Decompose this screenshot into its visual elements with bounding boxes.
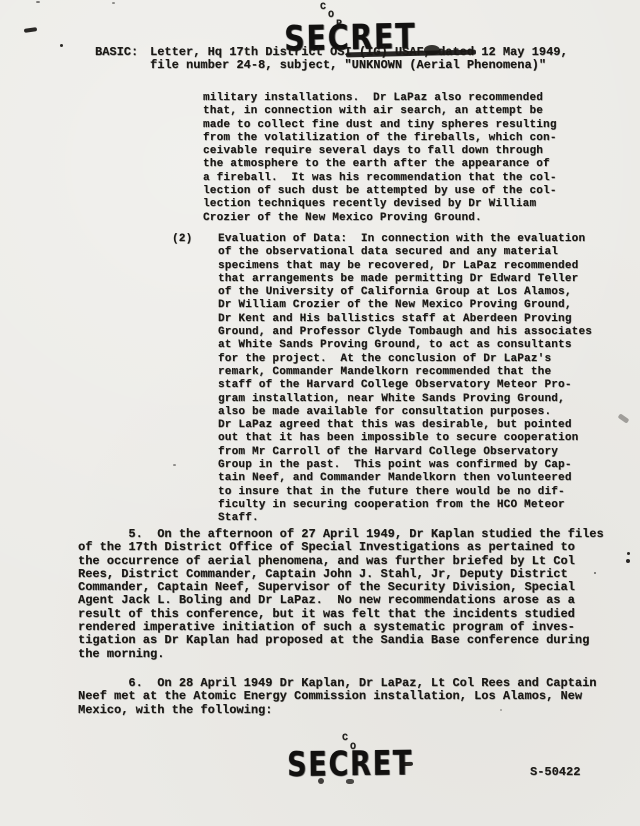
basic-reference-lines: Letter, Hq 17th District OSI (IG) USAF, … bbox=[150, 46, 568, 73]
text-line: Crozier of the New Mexico Proving Ground… bbox=[203, 212, 557, 225]
stamp-drip-mark bbox=[346, 779, 354, 784]
scan-speck bbox=[173, 464, 176, 466]
text-line: at White Sands Proving Ground, to act as… bbox=[218, 339, 592, 352]
text-line: tain Neef, and Commander Mandelkorn then… bbox=[218, 472, 592, 485]
stamp-dash-mark bbox=[400, 762, 413, 766]
text-line: staff of the Harvard College Observatory… bbox=[218, 379, 592, 392]
text-line: military installations. Dr LaPaz also re… bbox=[203, 92, 557, 105]
text-line: tigation as Dr Kaplan had proposed at th… bbox=[78, 634, 604, 647]
stamp-drip-mark bbox=[318, 778, 324, 784]
scan-speck bbox=[626, 559, 630, 563]
text-line: 6. On 28 April 1949 Dr Kaplan, Dr LaPaz,… bbox=[78, 677, 596, 690]
text-line: specimens that may be recovered, Dr LaPa… bbox=[218, 260, 592, 273]
item-2-label: (2) bbox=[172, 233, 192, 246]
text-line: gram installation, near White Sands Prov… bbox=[218, 393, 592, 406]
paragraph-dust-collection: military installations. Dr LaPaz also re… bbox=[203, 92, 557, 225]
text-line: remark, Commander Mandelkorn recommended… bbox=[218, 366, 592, 379]
text-line: of the 17th District Office of Special I… bbox=[78, 541, 604, 554]
text-line: out that it has been impossible to secur… bbox=[218, 432, 592, 445]
text-line: to insure that in the future there would… bbox=[218, 486, 592, 499]
text-line: Commander, Captain Neef, Supervisor of t… bbox=[78, 581, 604, 594]
text-line: the morning. bbox=[78, 648, 604, 661]
text-line: Group in the past. This point was confir… bbox=[218, 459, 592, 472]
text-line: file number 24-8, subject, "UNKNOWN (Aer… bbox=[150, 59, 568, 72]
copy-mark-top-c: C bbox=[320, 2, 326, 13]
text-line: ceivable require several days to fall do… bbox=[203, 145, 557, 158]
item-2-evaluation-of-data: Evaluation of Data: In connection with t… bbox=[218, 233, 592, 526]
scan-speck bbox=[24, 27, 37, 33]
text-line: lection of such dust be attempted by use… bbox=[203, 185, 557, 198]
text-line: the atmosphere to the earth after the ap… bbox=[203, 158, 557, 171]
text-line: also be made available for consultation … bbox=[218, 406, 592, 419]
scan-speck bbox=[618, 413, 630, 423]
text-line: Neef met at the Atomic Energy Commission… bbox=[78, 690, 596, 703]
text-line: Rees, District Commander, Captain John J… bbox=[78, 568, 604, 581]
text-line: rendered imperative initiation of such a… bbox=[78, 621, 604, 634]
scan-speck bbox=[36, 1, 40, 3]
text-line: ficulty in securing cooperation from the… bbox=[218, 499, 592, 512]
text-line: Ground, and Professor Clyde Tombaugh and… bbox=[218, 326, 592, 339]
scan-speck bbox=[60, 44, 63, 47]
text-line: Staff. bbox=[218, 512, 592, 525]
scan-speck bbox=[112, 2, 115, 4]
text-line: Letter, Hq 17th District OSI (IG) USAF, … bbox=[150, 46, 568, 59]
scan-speck bbox=[627, 552, 630, 555]
text-line: Dr Kent and His ballistics staff at Aber… bbox=[218, 313, 592, 326]
text-line: Dr LaPaz agreed that this was desirable,… bbox=[218, 419, 592, 432]
basic-label: BASIC: bbox=[95, 46, 138, 59]
text-line: from Mr Carroll of the Harvard College O… bbox=[218, 446, 592, 459]
text-line: the occurrence of aerial phenomena, and … bbox=[78, 555, 604, 568]
text-line: 5. On the afternoon of 27 April 1949, Dr… bbox=[78, 528, 604, 541]
text-line: result of this conference, but it was fe… bbox=[78, 608, 604, 621]
text-line: Dr William Crozier of the New Mexico Pro… bbox=[218, 299, 592, 312]
text-line: Agent Jack L. Boling and Dr LaPaz. No ne… bbox=[78, 594, 604, 607]
paragraph-5: 5. On the afternoon of 27 April 1949, Dr… bbox=[78, 528, 604, 661]
text-line: of the observational data secured and an… bbox=[218, 246, 592, 259]
text-line: a fireball. It was his recommendation th… bbox=[203, 172, 557, 185]
text-line: made to collect fine dust and tiny spher… bbox=[203, 119, 557, 132]
copy-mark-bottom-c: C bbox=[342, 733, 348, 744]
text-line: from the volatilization of the fireballs… bbox=[203, 132, 557, 145]
paragraph-6: 6. On 28 April 1949 Dr Kaplan, Dr LaPaz,… bbox=[78, 677, 596, 717]
text-line: that, in connection with air search, an … bbox=[203, 105, 557, 118]
text-line: Mexico, with the following: bbox=[78, 704, 596, 717]
text-line: Evaluation of Data: In connection with t… bbox=[218, 233, 592, 246]
text-line: that arrangements be made permitting Dr … bbox=[218, 273, 592, 286]
text-line: for the project. At the conclusion of Dr… bbox=[218, 353, 592, 366]
document-control-number: S-50422 bbox=[530, 765, 580, 779]
document-page: C O P SECRET BASIC: Letter, Hq 17th Dist… bbox=[0, 0, 640, 826]
text-line: of the University of California Group at… bbox=[218, 286, 592, 299]
secret-stamp-bottom: SECRET bbox=[287, 746, 413, 782]
text-line: lection techniques recently devised by D… bbox=[203, 198, 557, 211]
